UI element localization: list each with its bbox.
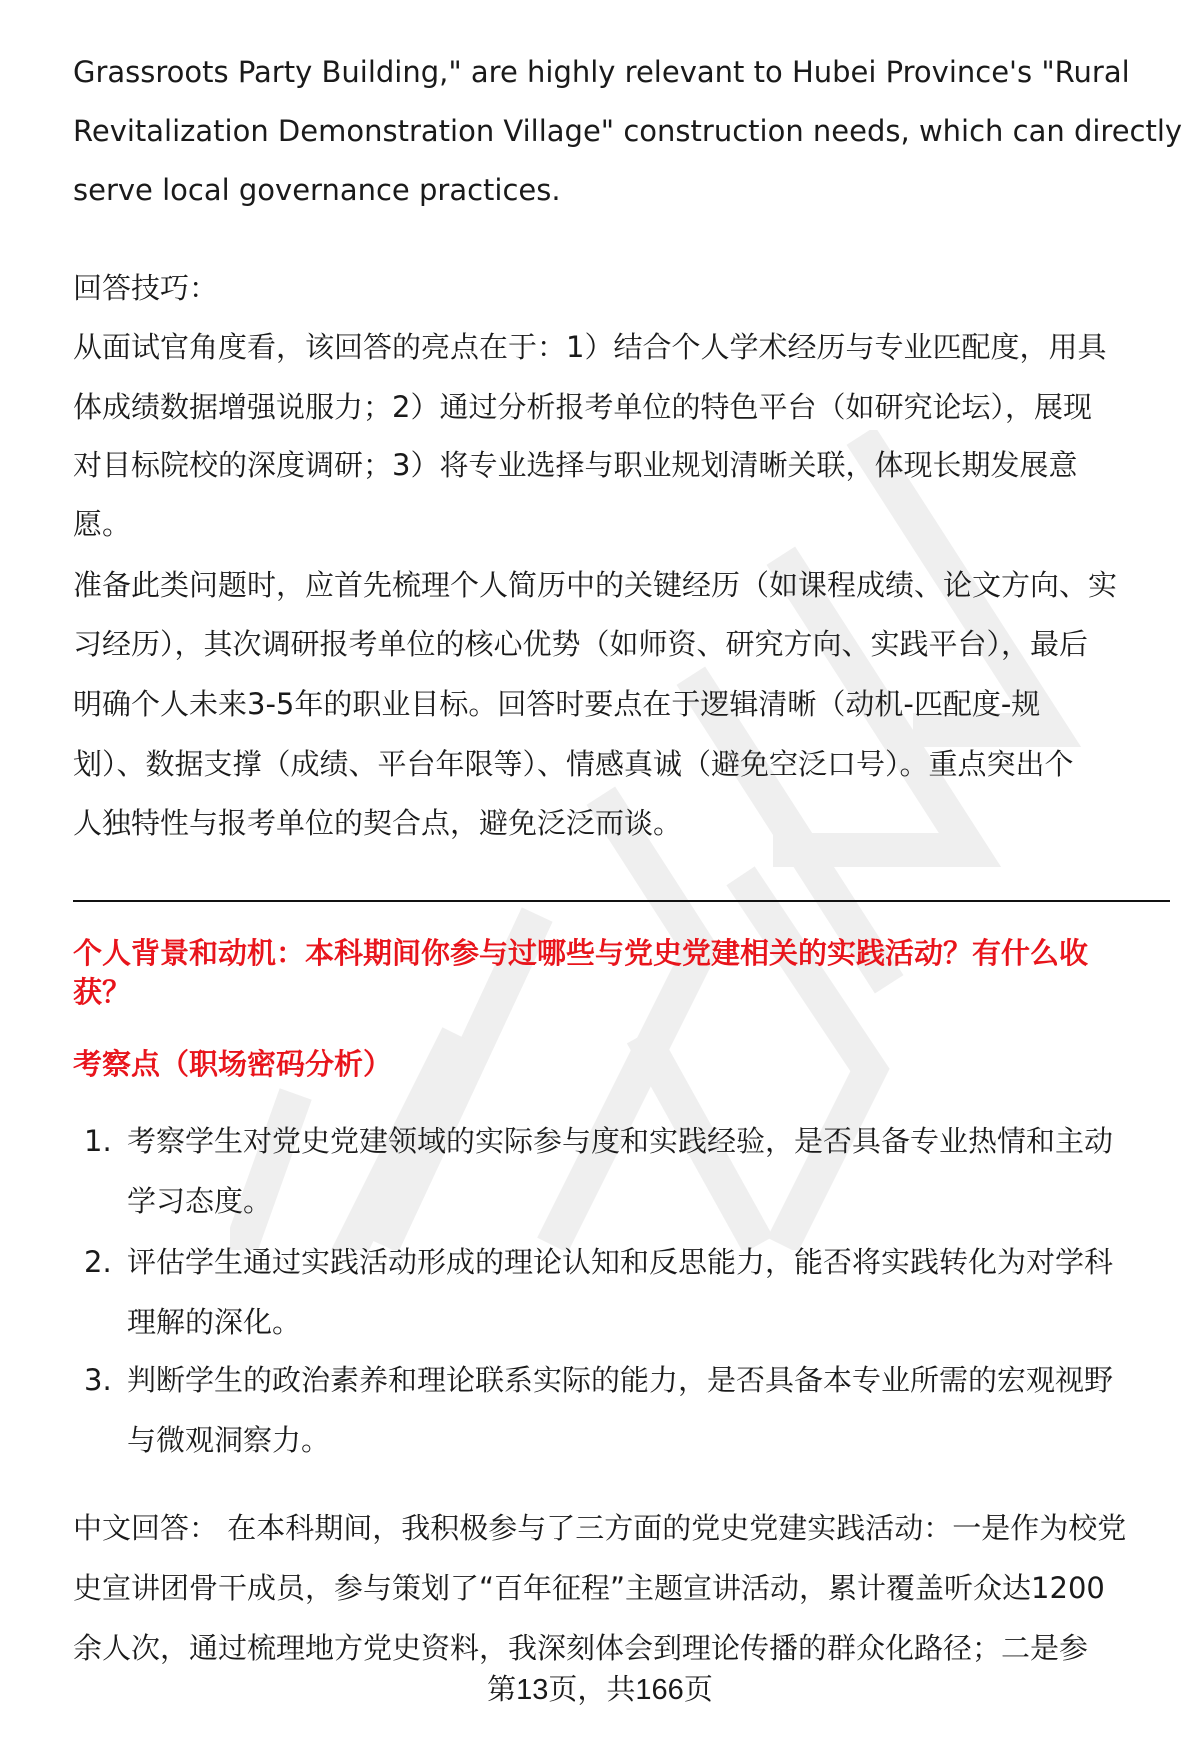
list-item: 评估学生通过实践活动形成的理论认知和反思能力，能否将实践转化为对学科 — [127, 1242, 1113, 1282]
list-item: 理解的深化。 — [127, 1302, 301, 1342]
paragraph-line: serve local governance practices. — [73, 170, 561, 210]
tips-line: 体成绩数据增强说服力；2）通过分析报考单位的特色平台（如研究论坛），展现 — [73, 387, 1092, 427]
list-item: 判断学生的政治素养和理论联系实际的能力，是否具备本专业所需的宏观视野 — [127, 1360, 1113, 1400]
prep-line: 准备此类问题时，应首先梳理个人简历中的关键经历（如课程成绩、论文方向、实 — [73, 565, 1117, 605]
paragraph-line: Grassroots Party Building," are highly r… — [73, 52, 1130, 92]
section-divider — [73, 900, 1170, 902]
prep-line: 习经历），其次调研报考单位的核心优势（如师资、研究方向、实践平台），最后 — [73, 624, 1088, 664]
prep-line: 明确个人未来3-5年的职业目标。回答时要点在于逻辑清晰（动机-匹配度-规 — [73, 684, 1040, 724]
analysis-heading: 考察点（职场密码分析） — [73, 1044, 392, 1084]
tips-line: 从面试官角度看，该回答的亮点在于：1）结合个人学术经历与专业匹配度，用具 — [73, 327, 1106, 367]
list-item: 学习态度。 — [127, 1181, 272, 1221]
question-title: 获？ — [73, 972, 131, 1012]
answer-line: 史宣讲团骨干成员，参与策划了“百年征程”主题宣讲活动，累计覆盖听众达1200 — [73, 1568, 1105, 1608]
question-title: 个人背景和动机：本科期间你参与过哪些与党史党建相关的实践活动？有什么收 — [73, 933, 1088, 973]
list-number: 1. — [84, 1121, 112, 1161]
tips-label: 回答技巧： — [73, 268, 218, 308]
answer-line: 中文回答： 在本科期间，我积极参与了三方面的党史党建实践活动：一是作为校党 — [73, 1508, 1126, 1548]
tips-line: 对目标院校的深度调研；3）将专业选择与职业规划清晰关联，体现长期发展意 — [73, 445, 1077, 485]
prep-line: 人独特性与报考单位的契合点，避免泛泛而谈。 — [73, 803, 682, 843]
list-number: 2. — [84, 1242, 112, 1282]
answer-line: 余人次，通过梳理地方党史资料，我深刻体会到理论传播的群众化路径；二是参 — [73, 1628, 1088, 1668]
prep-line: 划）、数据支撑（成绩、平台年限等）、情感真诚（避免空泛口号）。重点突出个 — [73, 744, 1074, 784]
paragraph-line: Revitalization Demonstration Village" co… — [73, 111, 1182, 151]
list-number: 3. — [84, 1360, 112, 1400]
list-item: 与微观洞察力。 — [127, 1420, 330, 1460]
list-item: 考察学生对党史党建领域的实际参与度和实践经验，是否具备专业热情和主动 — [127, 1121, 1113, 1161]
page-indicator: 第13页，共166页 — [0, 1670, 1200, 1710]
tips-line: 愿。 — [73, 504, 131, 544]
